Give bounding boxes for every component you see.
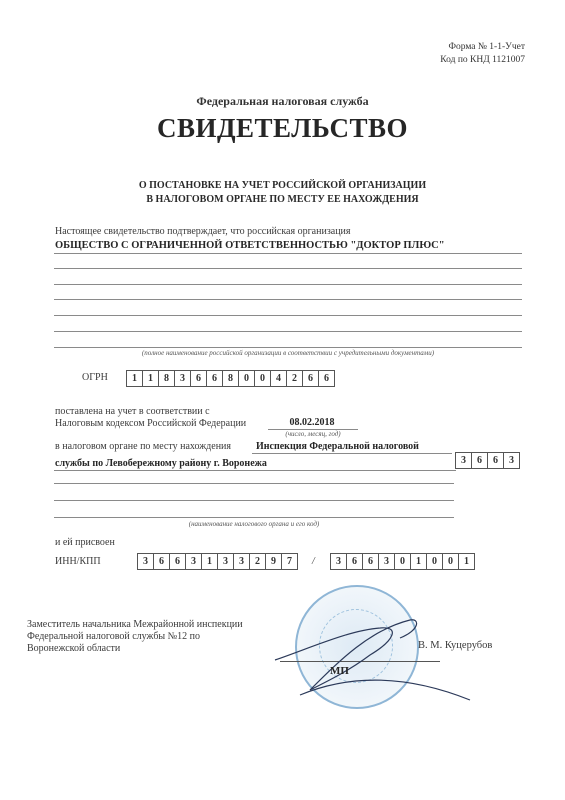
tax-authority-prefix: в налоговом органе по месту нахождения — [55, 441, 231, 452]
digit-box: 8 — [159, 371, 175, 386]
digit-box: 2 — [250, 554, 266, 569]
digit-box: 3 — [186, 554, 202, 569]
date-hint: (число, месяц, год) — [268, 430, 358, 438]
tax-authority-name-part-1: Инспекция Федеральной налоговой — [256, 441, 419, 452]
tax-authority-hint: (наименование налогового органа и его ко… — [54, 520, 454, 528]
tax-line — [54, 483, 454, 484]
digit-box: 6 — [191, 371, 207, 386]
digit-box: 6 — [207, 371, 223, 386]
tax-authority-code-boxes: 3663 — [455, 452, 520, 469]
kpp-boxes: 366301001 — [330, 553, 475, 570]
tax-line — [252, 453, 452, 454]
signature-icon — [270, 600, 490, 710]
digit-box: 6 — [347, 554, 363, 569]
digit-box: 1 — [127, 371, 143, 386]
organization-hint: (полное наименование российской организа… — [54, 349, 522, 357]
digit-box: 3 — [175, 371, 191, 386]
registration-line-2: Налоговым кодексом Российской Федерации — [55, 418, 246, 429]
org-line — [54, 253, 522, 254]
tax-line — [54, 500, 454, 501]
digit-box: 0 — [239, 371, 255, 386]
digit-box: 6 — [488, 453, 504, 468]
signatory-name: В. М. Куцерубов — [418, 640, 492, 651]
digit-box: 1 — [202, 554, 218, 569]
position-line-1: Заместитель начальника Межрайонной инспе… — [27, 619, 243, 631]
document-title: СВИДЕТЕЛЬСТВО — [0, 113, 565, 144]
knd-code: Код по КНД 1121007 — [440, 54, 525, 67]
tax-authority-name-part-2: службы по Левобережному району г. Вороне… — [55, 458, 267, 469]
intro-text: Настоящее свидетельство подтверждает, чт… — [55, 226, 351, 237]
digit-box: 4 — [271, 371, 287, 386]
digit-box: 1 — [459, 554, 474, 569]
digit-box: 0 — [427, 554, 443, 569]
digit-box: 8 — [223, 371, 239, 386]
digit-box: 3 — [379, 554, 395, 569]
tax-line — [54, 470, 456, 471]
agency-name: Федеральная налоговая служба — [0, 94, 565, 109]
digit-box: 3 — [218, 554, 234, 569]
stamp-label: МП — [330, 665, 349, 677]
org-line — [54, 315, 522, 316]
form-code-block: Форма № 1-1-Учет Код по КНД 1121007 — [440, 41, 525, 67]
digit-box: 3 — [331, 554, 347, 569]
ogrn-label: ОГРН — [82, 372, 108, 383]
tax-line — [54, 517, 454, 518]
org-line — [54, 268, 522, 269]
document-subtitle: О ПОСТАНОВКЕ НА УЧЕТ РОССИЙСКОЙ ОРГАНИЗА… — [0, 179, 565, 207]
registration-date: 08.02.2018 — [272, 417, 352, 428]
digit-box: 0 — [443, 554, 459, 569]
org-line — [54, 284, 522, 285]
digit-box: 6 — [363, 554, 379, 569]
position-line-2: Федеральной налоговой службы №12 по — [27, 631, 243, 643]
registration-line-1: поставлена на учет в соответствии с — [55, 406, 210, 417]
digit-box: 3 — [138, 554, 154, 569]
digit-box: 3 — [504, 453, 519, 468]
org-line — [54, 347, 522, 348]
inn-boxes: 3663133297 — [137, 553, 298, 570]
subtitle-line-1: О ПОСТАНОВКЕ НА УЧЕТ РОССИЙСКОЙ ОРГАНИЗА… — [0, 179, 565, 193]
digit-box: 1 — [143, 371, 159, 386]
subtitle-line-2: В НАЛОГОВОМ ОРГАНЕ ПО МЕСТУ ЕЕ НАХОЖДЕНИ… — [0, 193, 565, 207]
digit-box: 6 — [319, 371, 334, 386]
digit-box: 2 — [287, 371, 303, 386]
org-line — [54, 299, 522, 300]
digit-box: 3 — [456, 453, 472, 468]
form-number: Форма № 1-1-Учет — [440, 41, 525, 54]
digit-box: 6 — [170, 554, 186, 569]
signatory-position: Заместитель начальника Межрайонной инспе… — [27, 619, 243, 655]
digit-box: 6 — [154, 554, 170, 569]
digit-box: 6 — [472, 453, 488, 468]
organization-name: ОБЩЕСТВО С ОГРАНИЧЕННОЙ ОТВЕТСТВЕННОСТЬЮ… — [55, 240, 445, 251]
digit-box: 0 — [395, 554, 411, 569]
digit-box: 7 — [282, 554, 297, 569]
org-line — [54, 331, 522, 332]
digit-box: 6 — [303, 371, 319, 386]
inn-kpp-separator: / — [312, 556, 315, 567]
digit-box: 9 — [266, 554, 282, 569]
digit-box: 0 — [255, 371, 271, 386]
assigned-label: и ей присвоен — [55, 537, 115, 548]
digit-box: 1 — [411, 554, 427, 569]
inn-kpp-label: ИНН/КПП — [55, 556, 101, 567]
digit-box: 3 — [234, 554, 250, 569]
position-line-3: Воронежской области — [27, 643, 243, 655]
ogrn-boxes: 1183668004266 — [126, 370, 335, 387]
